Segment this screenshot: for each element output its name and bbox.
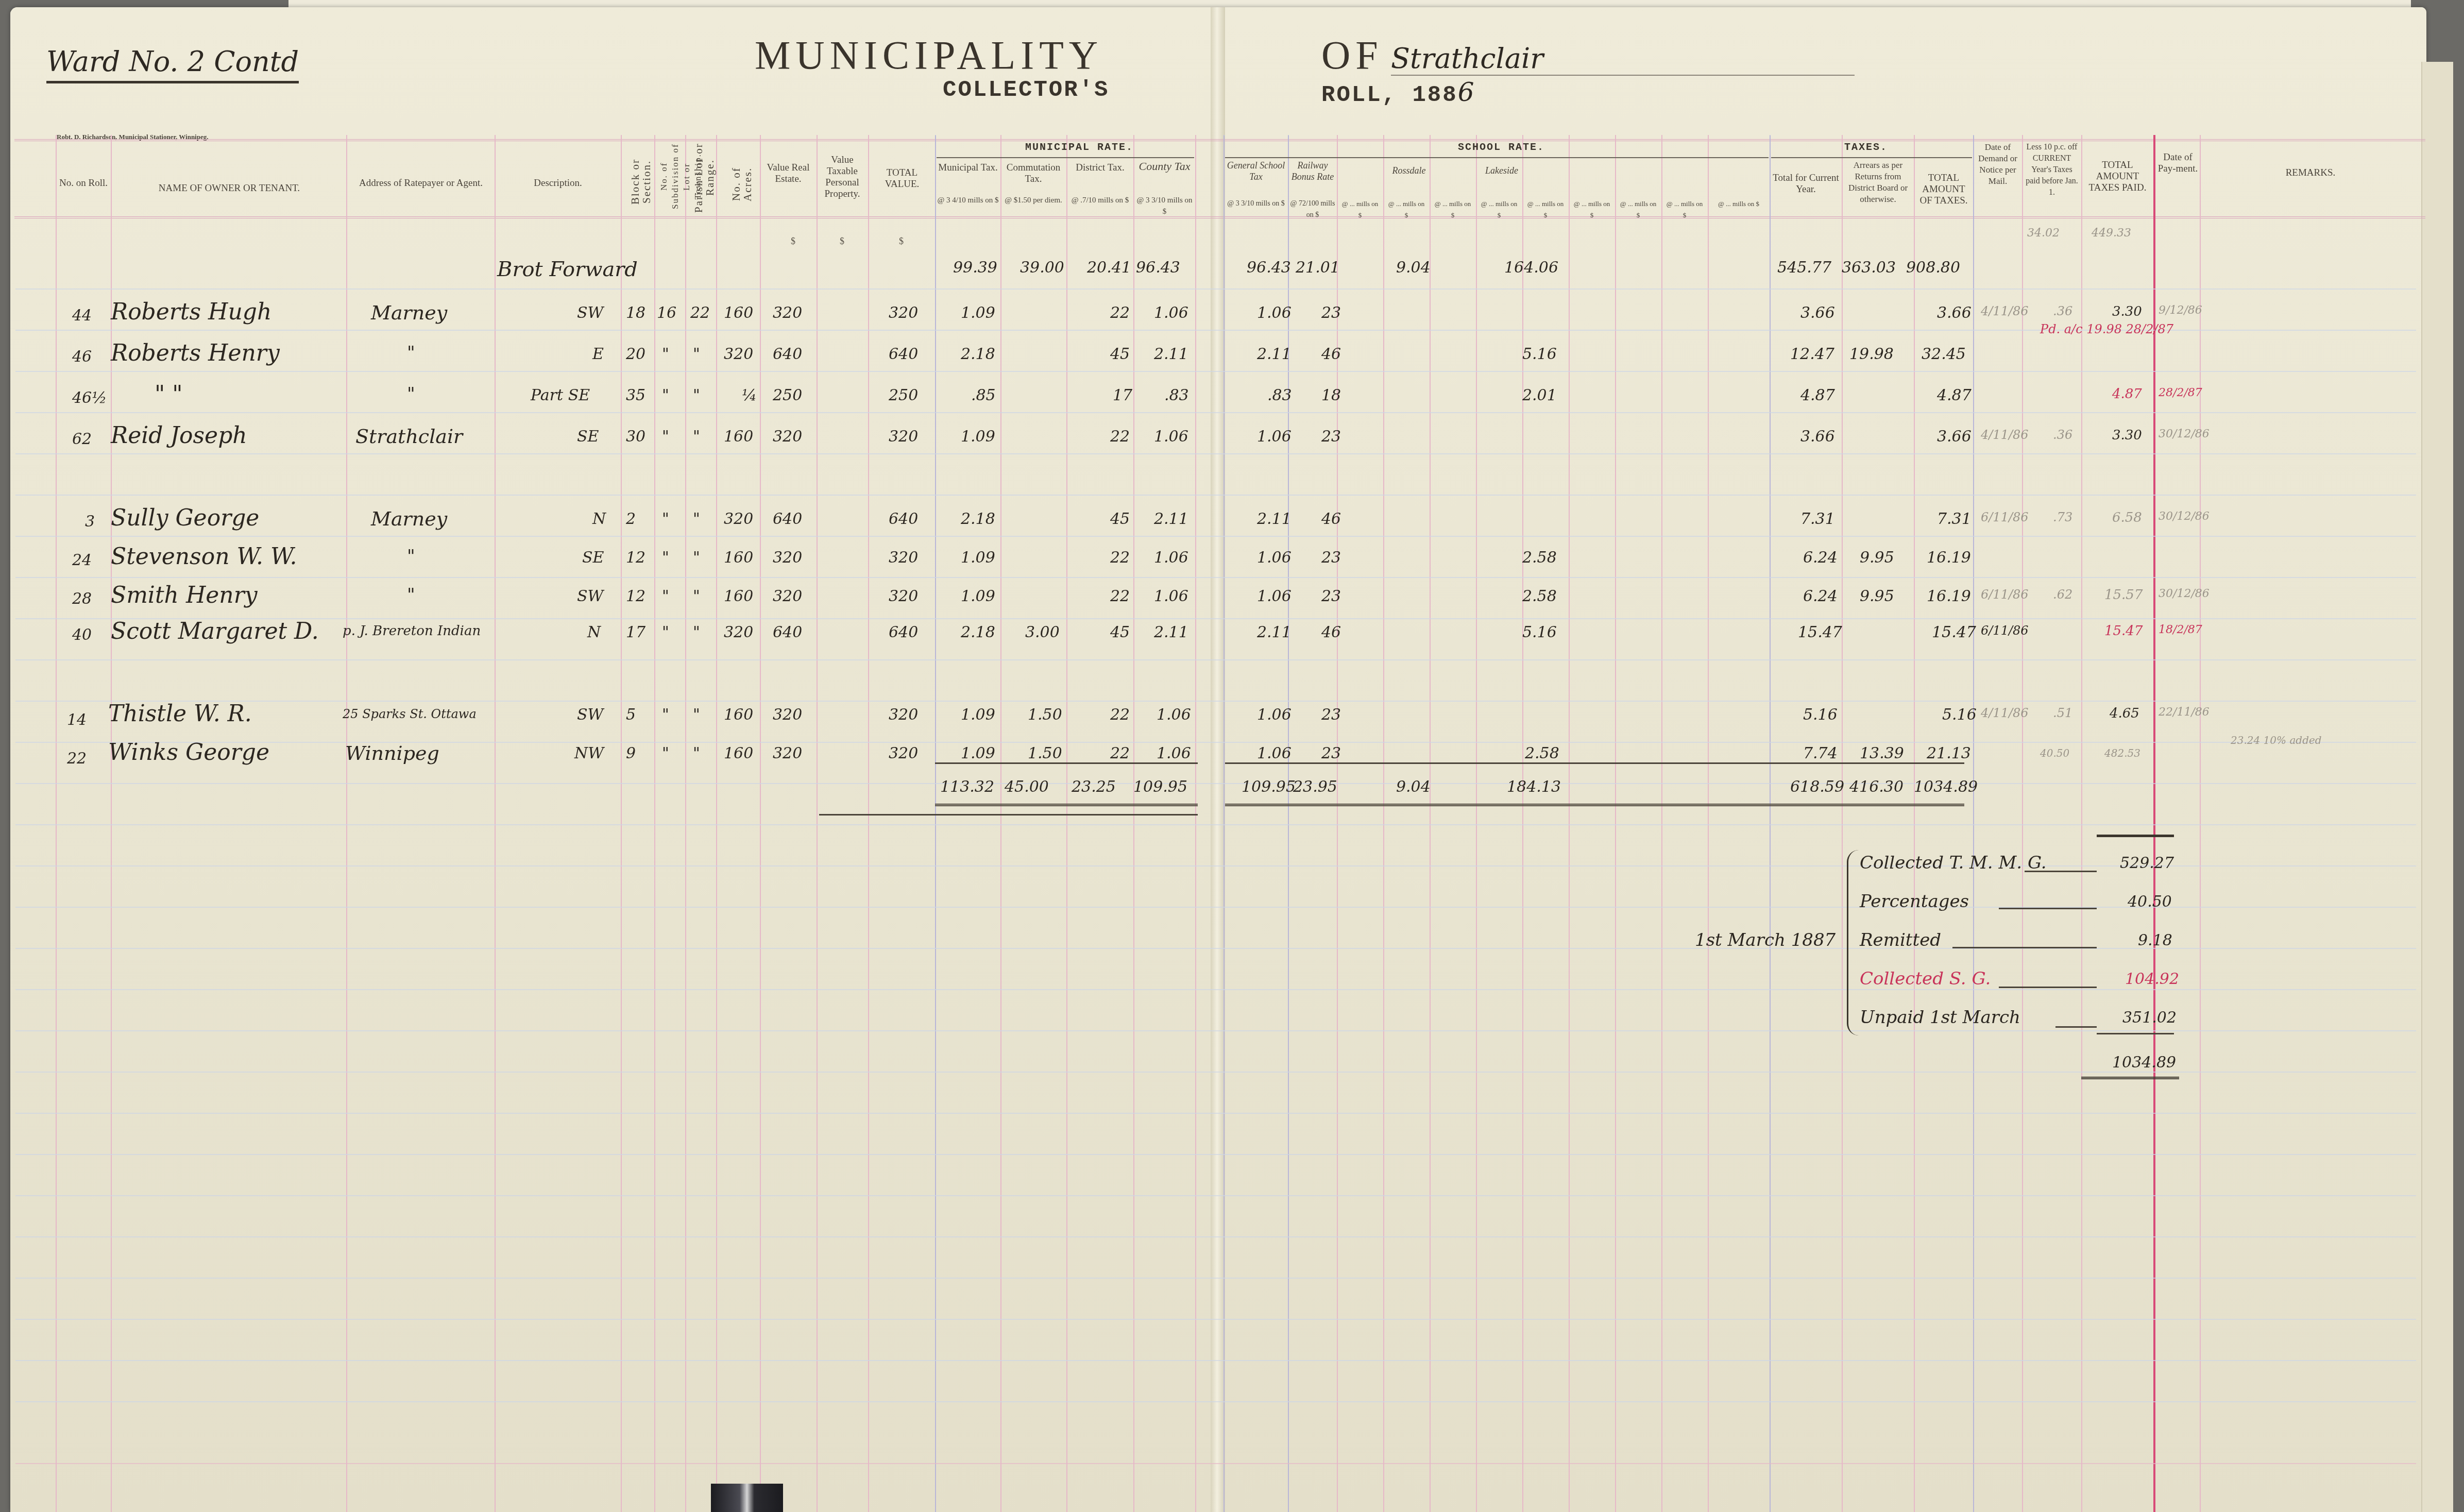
row-gen: 1.06 bbox=[1257, 428, 1292, 446]
roll-year-digit: 6 bbox=[1458, 77, 1476, 107]
row-total: 640 bbox=[889, 623, 918, 641]
row-name: " " bbox=[155, 381, 182, 407]
row-mun: 1.09 bbox=[961, 706, 995, 724]
row-demand: 4/11/86 bbox=[1981, 428, 2029, 442]
col-rule bbox=[1522, 135, 1523, 1512]
row-acres: 160 bbox=[724, 428, 753, 446]
row-parish: " bbox=[693, 706, 700, 724]
row-desc: Part SE bbox=[531, 386, 590, 404]
row-dist: 17 bbox=[1113, 386, 1132, 404]
row-amt: 15.47 bbox=[1932, 623, 1976, 641]
row-paid: 4.65 bbox=[2110, 706, 2139, 721]
summary-sum-rule bbox=[2097, 1033, 2174, 1034]
row-paid: 6.58 bbox=[2112, 510, 2142, 525]
row-lake: 2.58 bbox=[1522, 549, 1557, 567]
col-rule bbox=[2081, 135, 2082, 1512]
row-dist: 45 bbox=[1110, 623, 1130, 641]
summary-value: 104.92 bbox=[2125, 970, 2179, 988]
summary-top-rule bbox=[2097, 835, 2174, 837]
row-address: p. J. Brereton Indian bbox=[343, 623, 481, 639]
summary-value: 40.50 bbox=[2128, 893, 2172, 911]
row-gen: 1.06 bbox=[1257, 744, 1292, 762]
total-less-faint: 40.50 bbox=[2040, 747, 2069, 759]
roll-prefix: ROLL, 188 bbox=[1321, 82, 1458, 108]
row-block: 17 bbox=[626, 623, 645, 641]
row-real: 250 bbox=[773, 386, 802, 404]
row-rail: 23 bbox=[1321, 428, 1341, 446]
col-rule bbox=[935, 135, 936, 1512]
row-address: 25 Sparks St. Ottawa bbox=[343, 707, 477, 721]
header-bottom-rule bbox=[14, 216, 2425, 218]
row-rule bbox=[15, 1360, 2416, 1361]
row-gen: 2.11 bbox=[1257, 345, 1292, 363]
total-district: 23.25 bbox=[1072, 778, 1116, 796]
hdr-county-rate-val: @ 3 3/10 mills on $ bbox=[1135, 195, 1194, 217]
col-rule bbox=[760, 135, 761, 1512]
row-com: 1.50 bbox=[1028, 744, 1062, 762]
row-arr: 13.39 bbox=[1860, 744, 1904, 762]
total-county: 109.95 bbox=[1133, 778, 1187, 796]
col-rule bbox=[1066, 135, 1067, 1512]
row-block: 5 bbox=[626, 706, 636, 724]
row-cur: 7.31 bbox=[1800, 510, 1835, 528]
row-dist: 22 bbox=[1110, 549, 1130, 567]
row-parish: " bbox=[693, 428, 700, 446]
row-rule bbox=[15, 1463, 2416, 1464]
row-rail: 23 bbox=[1321, 304, 1341, 322]
row-gen: .83 bbox=[1267, 386, 1292, 404]
leader-line bbox=[2055, 1026, 2097, 1028]
col-rule bbox=[868, 135, 869, 1512]
col-rule bbox=[2022, 135, 2023, 1512]
row-mun: 2.18 bbox=[961, 345, 995, 363]
col-rule bbox=[1133, 135, 1134, 1512]
col-rule bbox=[1708, 135, 1709, 1512]
row-date: 30/12/86 bbox=[2159, 510, 2210, 523]
title-collectors: COLLECTOR'S bbox=[943, 77, 1109, 103]
bf-less-faint: 34.02 bbox=[2027, 227, 2060, 240]
hdr-value-personal: Value Taxable Personal Property. bbox=[818, 155, 866, 200]
row-rule bbox=[15, 371, 2416, 372]
row-desc: N bbox=[587, 623, 601, 641]
row-desc: SW bbox=[577, 587, 603, 605]
row-parish: " bbox=[693, 549, 700, 567]
title-roll: ROLL, 1886 bbox=[1321, 77, 1475, 108]
row-no: 62 bbox=[72, 430, 92, 448]
row-rail: 23 bbox=[1321, 587, 1341, 605]
row-sub: " bbox=[662, 706, 669, 724]
row-address: Winnipeg bbox=[345, 742, 439, 765]
total-arrears: 416.30 bbox=[1849, 778, 1904, 796]
total-double-rule bbox=[935, 804, 1198, 806]
row-rule bbox=[15, 824, 2416, 825]
row-total: 320 bbox=[889, 706, 918, 724]
row-desc: N bbox=[592, 510, 606, 528]
row-address: Strathclair bbox=[355, 425, 463, 448]
row-gen: 1.06 bbox=[1257, 706, 1292, 724]
hdr-general-school-val: @ 3 3/10 mills on $ bbox=[1225, 198, 1287, 210]
row-arr: 9.95 bbox=[1860, 587, 1894, 605]
row-gen: 1.06 bbox=[1257, 587, 1292, 605]
ward-label: Ward No. 2 Contd bbox=[46, 45, 299, 83]
row-total: 640 bbox=[889, 510, 918, 528]
row-sub: " bbox=[662, 744, 669, 762]
row-date: 28/2/87 bbox=[2159, 386, 2202, 399]
row-rule bbox=[15, 618, 2416, 619]
row-desc: SE bbox=[577, 428, 599, 446]
col-rule bbox=[1430, 135, 1431, 1512]
row-lake: 2.58 bbox=[1522, 587, 1557, 605]
bf-lakeside: 164.06 bbox=[1504, 259, 1558, 277]
bf-paid-faint: 449.33 bbox=[2092, 227, 2131, 240]
row-county: 2.11 bbox=[1154, 510, 1188, 528]
row-real: 320 bbox=[773, 587, 802, 605]
row-rule bbox=[15, 1319, 2416, 1320]
col-rule bbox=[1223, 135, 1225, 1512]
row-lake: 5.16 bbox=[1522, 623, 1557, 641]
row-rule bbox=[15, 577, 2416, 578]
row-rail: 46 bbox=[1321, 510, 1341, 528]
row-date: 30/12/86 bbox=[2159, 587, 2210, 600]
row-rule bbox=[15, 659, 2416, 660]
row-block: 35 bbox=[626, 386, 645, 404]
row-block: 2 bbox=[626, 510, 636, 528]
row-name: Sully George bbox=[111, 505, 259, 531]
row-acres: 160 bbox=[724, 304, 753, 322]
row-name: Thistle W. R. bbox=[108, 701, 252, 727]
summary-grand-total: 1034.89 bbox=[2112, 1054, 2176, 1072]
col-rule bbox=[1195, 135, 1196, 1512]
row-demand: 4/11/86 bbox=[1981, 706, 2029, 720]
row-no: 44 bbox=[72, 307, 92, 325]
hdr-mills-blank: @ ... mills on $ bbox=[1339, 198, 1381, 221]
row-sub: " bbox=[662, 510, 669, 528]
summary-value: 529.27 bbox=[2120, 854, 2174, 872]
row-county: 2.11 bbox=[1154, 345, 1188, 363]
col-rule bbox=[56, 135, 57, 1512]
row-address: " bbox=[407, 343, 415, 363]
col-rule bbox=[1615, 135, 1616, 1512]
col-rule bbox=[346, 135, 347, 1512]
row-real: 640 bbox=[773, 623, 802, 641]
row-county: 1.06 bbox=[1157, 706, 1191, 724]
bf-total-current: 545.77 bbox=[1777, 259, 1831, 277]
row-county: 1.06 bbox=[1157, 744, 1191, 762]
row-no: 40 bbox=[72, 626, 92, 644]
dollar-mark: $ bbox=[840, 236, 844, 247]
row-parish: " bbox=[693, 744, 700, 762]
hdr-remarks: REMARKS. bbox=[2202, 167, 2419, 179]
row-rule bbox=[15, 1236, 2416, 1237]
row-amt: 16.19 bbox=[1927, 587, 1971, 605]
row-rail: 46 bbox=[1321, 623, 1341, 641]
summary-label: Collected S. G. bbox=[1860, 969, 1991, 989]
row-mun: .85 bbox=[971, 386, 996, 404]
col-rule bbox=[495, 135, 496, 1512]
row-cur: 7.74 bbox=[1803, 744, 1838, 762]
row-total: 320 bbox=[889, 549, 918, 567]
row-mun: 1.09 bbox=[961, 744, 995, 762]
row-parish: 22 bbox=[690, 304, 710, 322]
row-sub: " bbox=[662, 345, 669, 363]
hdr-district-tax: District Tax. bbox=[1068, 162, 1132, 174]
row-sub: 16 bbox=[657, 304, 676, 322]
row-rule bbox=[15, 453, 2416, 454]
row-rail: 23 bbox=[1321, 706, 1341, 724]
leader-line bbox=[1952, 947, 2097, 948]
row-rail: 23 bbox=[1321, 744, 1341, 762]
row-amt: 21.13 bbox=[1927, 744, 1971, 762]
row-county: 2.11 bbox=[1154, 623, 1188, 641]
dollar-mark: $ bbox=[899, 236, 904, 247]
row-lake: 2.01 bbox=[1522, 386, 1557, 404]
row-rule bbox=[15, 412, 2416, 413]
row-parish: " bbox=[693, 623, 700, 641]
page-stack-edge bbox=[2421, 62, 2453, 1512]
row-sub: " bbox=[662, 623, 669, 641]
row-paid: 3.30 bbox=[2112, 428, 2142, 443]
col-rule bbox=[1842, 135, 1843, 1512]
hdr-block: Block or Section. bbox=[630, 149, 652, 214]
row-rule bbox=[15, 536, 2416, 537]
col-rule bbox=[817, 135, 818, 1512]
row-name: Reid Joseph bbox=[111, 422, 247, 449]
row-dist: 22 bbox=[1110, 428, 1130, 446]
row-sub: " bbox=[662, 587, 669, 605]
row-county: 1.06 bbox=[1154, 428, 1188, 446]
row-amt: 5.16 bbox=[1942, 706, 1977, 724]
summary-double-rule bbox=[2081, 1077, 2179, 1079]
row-lake: 5.16 bbox=[1522, 345, 1557, 363]
row-dist: 45 bbox=[1110, 510, 1130, 528]
row-total: 320 bbox=[889, 304, 918, 322]
hdr-mills-blank: @ ... mills on $ bbox=[1571, 198, 1612, 221]
row-lake: 2.58 bbox=[1525, 744, 1559, 762]
hdr-taxes: TAXES. bbox=[1844, 142, 1888, 154]
row-no: 3 bbox=[85, 513, 95, 531]
total-lakeside: 184.13 bbox=[1507, 778, 1561, 796]
col-rule bbox=[1569, 135, 1570, 1512]
row-mun: 1.09 bbox=[961, 428, 995, 446]
row-real: 320 bbox=[773, 304, 802, 322]
row-less: .36 bbox=[2053, 428, 2072, 442]
summary-value: 351.02 bbox=[2122, 1009, 2177, 1027]
row-cur: 3.66 bbox=[1800, 304, 1835, 322]
hdr-arrears: Arrears as per Returns from District Boa… bbox=[1843, 160, 1913, 205]
hdr-acres: No. of Acres. bbox=[730, 155, 753, 214]
hdr-mills-blank: @ ... mills on $ bbox=[1618, 198, 1659, 221]
row-demand: 4/11/86 bbox=[1981, 304, 2029, 318]
row-gen: 2.11 bbox=[1257, 623, 1292, 641]
row-date: 9/12/86 bbox=[2159, 304, 2202, 317]
hdr-commutation-tax: Commutation Tax. bbox=[1002, 162, 1065, 185]
row-block: 18 bbox=[626, 304, 645, 322]
row-address: " bbox=[407, 546, 415, 567]
bf-total-amount: 908.80 bbox=[1906, 259, 1960, 277]
col-rule bbox=[2200, 135, 2201, 1512]
row-cur: 5.16 bbox=[1803, 706, 1838, 724]
total-amount: 1034.89 bbox=[1914, 778, 1978, 796]
row-total: 250 bbox=[889, 386, 918, 404]
row-cur: 15.47 bbox=[1798, 623, 1842, 641]
row-no: 46 bbox=[72, 348, 92, 366]
row-rail: 18 bbox=[1321, 386, 1341, 404]
group-rule bbox=[937, 157, 1194, 158]
row-total: 640 bbox=[889, 345, 918, 363]
row-block: 12 bbox=[626, 587, 645, 605]
hdr-mills-blank: @ ... mills on $ bbox=[1386, 198, 1427, 221]
row-rule bbox=[15, 288, 2416, 290]
row-less: .62 bbox=[2053, 587, 2072, 602]
row-no: 14 bbox=[67, 711, 87, 729]
row-name: Stevenson W. W. bbox=[111, 543, 297, 570]
row-arr: 9.95 bbox=[1860, 549, 1894, 567]
row-demand: 6/11/86 bbox=[1981, 510, 2029, 524]
row-cur: 12.47 bbox=[1790, 345, 1834, 363]
row-real: 640 bbox=[773, 345, 802, 363]
row-rule bbox=[15, 495, 2416, 496]
row-desc: SW bbox=[577, 706, 603, 724]
row-county: 1.06 bbox=[1154, 549, 1188, 567]
row-address: Marney bbox=[371, 507, 447, 530]
row-real: 320 bbox=[773, 428, 802, 446]
summary-date: 1st March 1887 bbox=[1695, 930, 1836, 950]
hdr-less-10pc: Less 10 p.c. off CURRENT Year's Taxes pa… bbox=[2024, 142, 2080, 198]
row-parish: " bbox=[693, 386, 700, 404]
row-dist: 45 bbox=[1110, 345, 1130, 363]
title-of: OF bbox=[1321, 32, 1383, 78]
hdr-mills-blank: @ ... mills on $ bbox=[1432, 198, 1473, 221]
row-mun: 1.09 bbox=[961, 587, 995, 605]
hdr-county-tax: County Tax bbox=[1135, 161, 1194, 172]
row-acres: 160 bbox=[724, 706, 753, 724]
summary-label: Unpaid 1st March bbox=[1860, 1007, 2020, 1028]
row-amt: 16.19 bbox=[1927, 549, 1971, 567]
hdr-rossdale: Rossdale bbox=[1386, 165, 1432, 176]
row-date: 18/2/87 bbox=[2159, 623, 2202, 636]
row-county: 1.06 bbox=[1154, 304, 1188, 322]
summary-label: Percentages bbox=[1860, 891, 1969, 912]
row-cur: 6.24 bbox=[1803, 549, 1838, 567]
row-remark: 23.24 10% added bbox=[2231, 734, 2322, 746]
hdr-municipal-rate-val: @ 3 4/10 mills on $ bbox=[937, 195, 999, 206]
col-rule bbox=[1661, 135, 1662, 1512]
col-rule bbox=[1383, 135, 1384, 1512]
row-real: 320 bbox=[773, 706, 802, 724]
hdr-date-payment: Date of Pay-ment. bbox=[2156, 152, 2200, 175]
col-rule bbox=[1337, 135, 1338, 1512]
leader-line bbox=[1999, 908, 2097, 909]
col-rule bbox=[1914, 135, 1915, 1512]
row-desc: SW bbox=[577, 304, 603, 322]
hdr-value-real: Value Real Estate. bbox=[761, 162, 815, 185]
row-date: 30/12/86 bbox=[2159, 428, 2210, 440]
row-name: Roberts Henry bbox=[111, 340, 280, 366]
bf-label: Brot Forward bbox=[497, 258, 638, 281]
row-no: 24 bbox=[72, 551, 92, 569]
total-double-rule bbox=[1225, 804, 1964, 806]
row-desc: NW bbox=[574, 744, 604, 762]
row-gen: 1.06 bbox=[1257, 549, 1292, 567]
hdr-total-current: Total for Current Year. bbox=[1771, 173, 1841, 195]
row-no: 22 bbox=[67, 750, 87, 768]
bf-general-school: 96.43 bbox=[1247, 259, 1291, 277]
row-amt: 32.45 bbox=[1922, 345, 1966, 363]
hdr-commutation-rate-val: @ $1.50 per diem. bbox=[1002, 195, 1065, 206]
hdr-municipal-tax: Municipal Tax. bbox=[937, 162, 999, 174]
row-acres: 160 bbox=[724, 744, 753, 762]
row-address: " bbox=[407, 585, 415, 605]
row-acres: 320 bbox=[724, 623, 753, 641]
bf-county: 96.43 bbox=[1136, 259, 1180, 277]
title-municipality: MUNICIPALITY bbox=[755, 32, 1103, 78]
hdr-district-rate-val: @ .7/10 mills on $ bbox=[1068, 195, 1132, 206]
row-paid: 15.57 bbox=[2104, 587, 2143, 603]
row-amt: 3.66 bbox=[1937, 428, 1972, 446]
col-rule bbox=[654, 135, 655, 1512]
hdr-parish: Parish Lot or Range. bbox=[693, 142, 716, 214]
row-sub: " bbox=[662, 428, 669, 446]
col-rule bbox=[1288, 135, 1289, 1512]
row-less: .36 bbox=[2053, 304, 2072, 318]
total-municipal: 113.32 bbox=[940, 778, 994, 796]
hdr-date-demand: Date of Demand or Notice per Mail. bbox=[1975, 142, 2021, 187]
row-block: 9 bbox=[626, 744, 636, 762]
bf-commutation: 39.00 bbox=[1020, 259, 1064, 277]
hdr-mills-blank: @ ... mills on $ bbox=[1664, 198, 1705, 221]
row-county: 1.06 bbox=[1154, 587, 1188, 605]
row-mun: 2.18 bbox=[961, 623, 995, 641]
row-amt: 3.66 bbox=[1937, 304, 1972, 322]
hdr-mills-blank: @ ... mills on $ bbox=[1525, 198, 1566, 221]
row-real: 640 bbox=[773, 510, 802, 528]
leader-line bbox=[2025, 871, 2097, 872]
row-name: Winks George bbox=[108, 739, 269, 766]
row-sub: " bbox=[662, 386, 669, 404]
row-rule bbox=[15, 1113, 2416, 1114]
row-mun: 1.09 bbox=[961, 549, 995, 567]
row-dist: 22 bbox=[1110, 706, 1130, 724]
total-current: 618.59 bbox=[1790, 778, 1844, 796]
row-real: 320 bbox=[773, 744, 802, 762]
hdr-name: NAME OF OWNER OR TENANT. bbox=[113, 183, 345, 194]
row-name: Smith Henry bbox=[111, 582, 258, 608]
row-desc: E bbox=[592, 345, 604, 363]
hdr-railway-bonus-val: @ 72/100 mills on $ bbox=[1289, 198, 1336, 221]
row-county: .83 bbox=[1164, 386, 1189, 404]
margin-red-rule bbox=[2153, 135, 2155, 1512]
row-com: 1.50 bbox=[1028, 706, 1062, 724]
binder-clip bbox=[711, 1484, 783, 1512]
leader-line bbox=[1999, 987, 2097, 988]
row-paid: 3.30 bbox=[2112, 304, 2142, 319]
row-parish: " bbox=[693, 345, 700, 363]
header-top-rule bbox=[14, 139, 2425, 141]
hdr-railway-bonus: Railway Bonus Rate bbox=[1289, 160, 1336, 182]
row-less: .51 bbox=[2053, 706, 2072, 720]
hdr-lakeside: Lakeside bbox=[1479, 165, 1525, 176]
row-rule bbox=[15, 1195, 2416, 1196]
book-gutter bbox=[1211, 7, 1225, 1512]
summary-label: Collected T. M. M. G. bbox=[1860, 853, 2047, 873]
row-dist: 22 bbox=[1110, 587, 1130, 605]
bf-railway: 21.01 bbox=[1296, 259, 1340, 277]
hdr-no-on-roll: No. on Roll. bbox=[58, 178, 109, 189]
row-gen: 2.11 bbox=[1257, 510, 1292, 528]
row-block: 12 bbox=[626, 549, 645, 567]
row-gen: 1.06 bbox=[1257, 304, 1292, 322]
row-acres: 320 bbox=[724, 510, 753, 528]
